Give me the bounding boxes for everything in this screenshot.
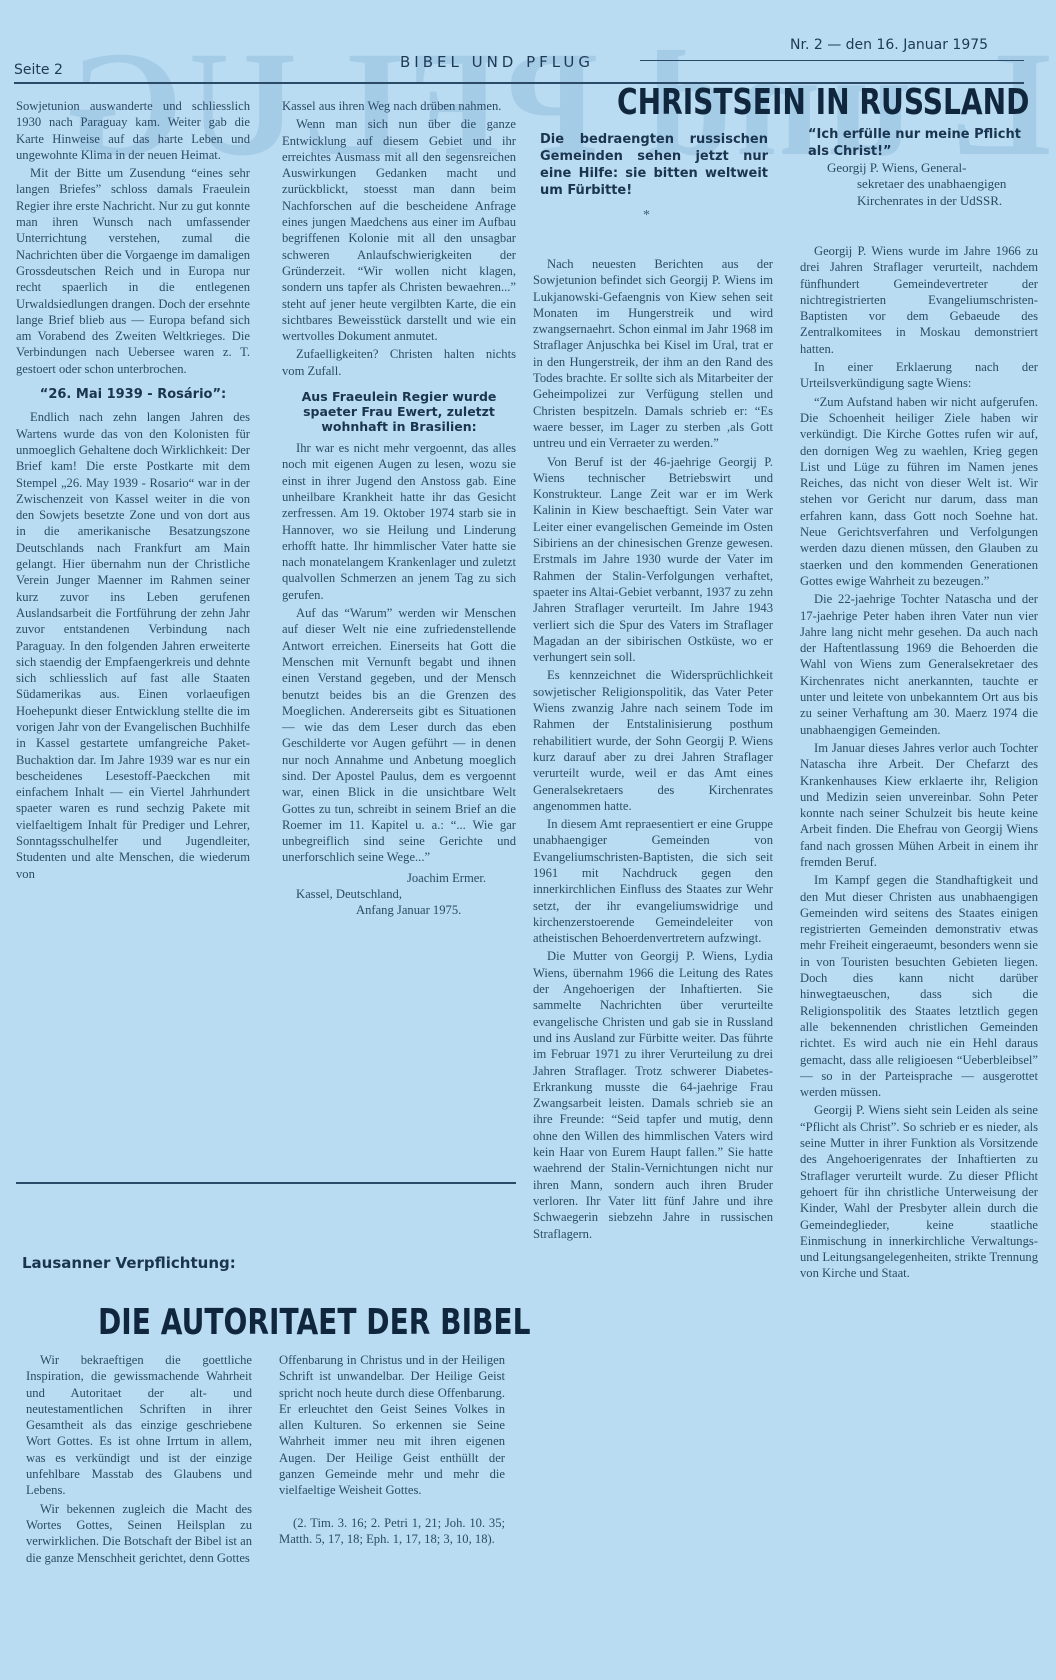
quote-attribution: Georgij P. Wiens, General- sekretaer des… (827, 160, 1039, 209)
paragraph: Im Januar dieses Jahres verlor auch Toch… (800, 740, 1038, 870)
signature-place: Kassel, Deutschland, (282, 886, 516, 902)
paragraph: Von Beruf ist der 46-jaehrige Georgij P.… (533, 454, 773, 666)
subheading: Aus Fraeulein Regier wurde spaeter Frau … (286, 389, 512, 434)
article-col-3: Nach neuesten Berichten aus der Sowjetun… (533, 256, 773, 1242)
article-lead: Die bedraengten russischen Gemeinden seh… (540, 131, 768, 199)
lausanne-col-1: Wir bekraeftigen die goettliche Inspirat… (26, 1352, 252, 1566)
separator-star: * (643, 208, 650, 224)
attribution-line: Georgij P. Wiens, General- (827, 160, 1039, 176)
paragraph: Zufaelligkeiten? Christen halten nichts … (282, 346, 516, 379)
paragraph: Die 22-jaehrige Tochter Natascha und der… (800, 591, 1038, 738)
attribution-line: sekretaer des unabhaengigen Kirchenrates… (827, 176, 1039, 209)
lausanne-col-2: Offenbarung in Christus und in der Heili… (279, 1352, 505, 1547)
paragraph: Georgij P. Wiens wurde im Jahre 1966 zu … (800, 243, 1038, 357)
paragraph: Sowjetunion auswanderte und schliesslich… (16, 98, 250, 163)
issue-date: Nr. 2 — den 16. Januar 1975 (790, 37, 988, 53)
paragraph: Endlich nach zehn langen Jahren des Wart… (16, 409, 250, 882)
paragraph: In diesem Amt repraesentiert er eine Gru… (533, 816, 773, 946)
paragraph: “Zum Aufstand haben wir nicht aufgerufen… (800, 394, 1038, 590)
issue-underline (640, 60, 1024, 61)
paragraph: Auf das “Warum” werden wir Menschen auf … (282, 605, 516, 866)
section-divider (16, 1182, 516, 1184)
paragraph: In einer Erklaerung nach der Urteilsverk… (800, 359, 1038, 392)
paragraph: Wir bekennen zugleich die Macht des Wort… (26, 1501, 252, 1566)
page-number: Seite 2 (14, 62, 63, 78)
paragraph: Kassel aus ihren Weg nach drüben nahmen. (282, 98, 516, 114)
signature-name: Joachim Ermer. (282, 870, 516, 886)
article-title-russia: CHRISTSEIN IN RUSSLAND (617, 82, 1029, 123)
paragraph: Ihr war es nicht mehr vergoennt, das all… (282, 440, 516, 603)
masthead-title: BIBEL UND PFLUG (400, 53, 594, 71)
signature-date: Anfang Januar 1975. (282, 902, 516, 918)
pull-quote: “Ich erfülle nur meine Pflicht als Chris… (808, 126, 1040, 160)
paragraph: Nach neuesten Berichten aus der Sowjetun… (533, 256, 773, 452)
paragraph: Wenn man sich nun über die ganze Entwick… (282, 116, 516, 344)
paragraph: Mit der Bitte um Zusendung “eines sehr l… (16, 165, 250, 377)
article-title-bible: DIE AUTORITAET DER BIBEL (98, 1302, 531, 1343)
paragraph: Die Mutter von Georgij P. Wiens, Lydia W… (533, 948, 773, 1241)
article-kicker: Lausanner Verpflichtung: (22, 1255, 236, 1272)
paragraph: Wir bekraeftigen die goettliche Inspirat… (26, 1352, 252, 1499)
paragraph: Es kennzeichnet die Widersprüchlichkeit … (533, 667, 773, 814)
bible-references: (2. Tim. 3. 16; 2. Petri 1, 21; Joh. 10.… (279, 1515, 505, 1548)
article-col-2: Kassel aus ihren Weg nach drüben nahmen.… (282, 98, 516, 919)
paragraph: Offenbarung in Christus und in der Heili… (279, 1352, 505, 1499)
paragraph: Im Kampf gegen die Standhaftigkeit und d… (800, 872, 1038, 1100)
paragraph: Georgij P. Wiens sieht sein Leiden als s… (800, 1102, 1038, 1281)
article-col-4: Georgij P. Wiens wurde im Jahre 1966 zu … (800, 243, 1038, 1282)
subheading: “26. Mai 1939 - Rosário”: (16, 387, 250, 403)
article-col-1: Sowjetunion auswanderte und schliesslich… (16, 98, 250, 882)
